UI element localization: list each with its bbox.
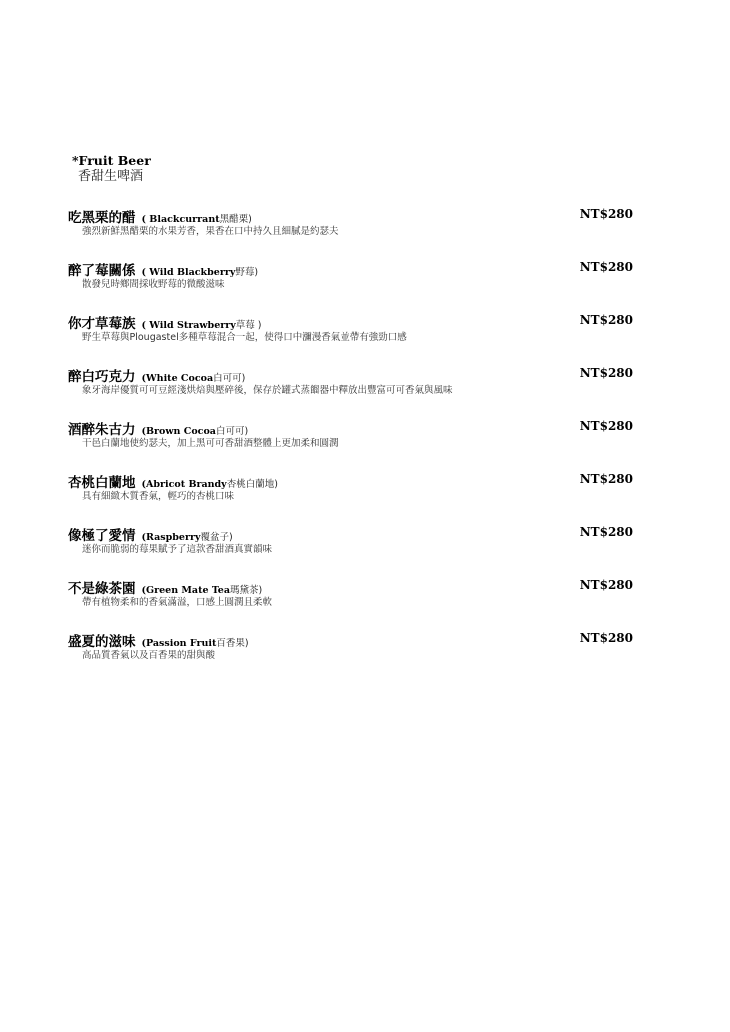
item-price: NT$280 — [580, 418, 633, 435]
menu-item: 酒醉朱古力(Brown Cocoa白可可) NT$280 干邑白蘭地使約瑟夫，加… — [68, 418, 633, 471]
item-name-en-zh: 瑪黛茶) — [230, 582, 262, 596]
item-description: 散發兒時鄉間採收野莓的微酸滋味 — [82, 278, 633, 291]
item-name-en: ( Blackcurrant — [142, 214, 220, 225]
item-name-en: (Abricot Brandy — [142, 479, 227, 490]
item-name-en-zh: 黑醋栗) — [220, 211, 252, 225]
item-name-en: (Green Mate Tea — [142, 585, 231, 596]
item-description: 象牙海岸優質可可豆經淺烘焙與壓碎後，保存於罐式蒸餾器中釋放出豐富可可香氣與風味 — [82, 384, 633, 397]
item-description: 野生草莓與Plougastel多種草莓混合一起，使得口中瀰漫香氣並帶有強勁口感 — [82, 331, 633, 344]
item-name-en-zh: 白可可) — [213, 370, 245, 384]
item-name-en-zh: 杏桃白蘭地) — [227, 476, 278, 490]
item-name-zh: 你才草莓族 — [68, 312, 136, 332]
item-name-zh: 醉白巧克力 — [68, 365, 136, 385]
item-description: 帶有植物柔和的香氣滿溢，口感上圓潤且柔軟 — [82, 596, 633, 609]
item-price: NT$280 — [580, 577, 633, 594]
item-name-zh: 盛夏的滋味 — [68, 630, 136, 650]
item-name-en: (Raspberry — [142, 532, 201, 543]
item-price: NT$280 — [580, 312, 633, 329]
item-name-zh: 杏桃白蘭地 — [68, 471, 136, 491]
item-name-en-zh: 草莓 ) — [236, 317, 262, 331]
menu-item: 杏桃白蘭地(Abricot Brandy杏桃白蘭地) NT$280 具有細緻木質… — [68, 471, 633, 524]
item-name-en: (Passion Fruit — [142, 638, 217, 649]
menu-item: 盛夏的滋味(Passion Fruit 百香果) NT$280 高品質香氣以及百… — [68, 630, 633, 683]
item-name-en: (White Cocoa — [142, 373, 214, 384]
item-price: NT$280 — [580, 206, 633, 223]
menu-item: 不是綠茶園(Green Mate Tea瑪黛茶) NT$280 帶有植物柔和的香… — [68, 577, 633, 630]
menu-section-header: *Fruit Beer 香甜生啤酒 — [72, 153, 151, 185]
item-price: NT$280 — [580, 524, 633, 541]
item-description: 強烈新鮮黑醋栗的水果芳香，果香在口中持久且細膩是約瑟夫 — [82, 225, 633, 238]
menu-item: 醉白巧克力(White Cocoa白可可) NT$280 象牙海岸優質可可豆經淺… — [68, 365, 633, 418]
item-price: NT$280 — [580, 365, 633, 382]
section-subtitle: 香甜生啤酒 — [78, 169, 151, 185]
item-price: NT$280 — [580, 630, 633, 647]
menu-item: 你才草莓族( Wild Strawberry草莓 ) NT$280 野生草莓與P… — [68, 312, 633, 365]
menu-item: 吃黑栗的醋( Blackcurrant黑醋栗) NT$280 強烈新鮮黑醋栗的水… — [68, 206, 633, 259]
item-name-zh: 不是綠茶園 — [68, 577, 136, 597]
item-description: 高品質香氣以及百香果的甜與酸 — [82, 649, 633, 662]
section-title: *Fruit Beer — [72, 153, 151, 169]
item-price: NT$280 — [580, 471, 633, 488]
item-name-en-zh: 百香果) — [216, 635, 248, 649]
item-name-en-zh: 白可可) — [216, 423, 248, 437]
item-name-en-zh: 覆盆子) — [200, 529, 232, 543]
item-name-zh: 酒醉朱古力 — [68, 418, 136, 438]
item-name-en: (Brown Cocoa — [142, 426, 216, 437]
item-name-zh: 醉了莓關係 — [68, 259, 136, 279]
menu-item: 醉了莓關係( Wild Blackberry野莓) NT$280 散發兒時鄉間採… — [68, 259, 633, 312]
item-name-zh: 像極了愛情 — [68, 524, 136, 544]
item-name-en: ( Wild Strawberry — [142, 320, 236, 331]
item-name-zh: 吃黑栗的醋 — [68, 206, 136, 226]
item-price: NT$280 — [580, 259, 633, 276]
item-name-en: ( Wild Blackberry — [142, 267, 236, 278]
item-description: 迷你而脆弱的莓果賦予了這款香甜酒真實韻味 — [82, 543, 633, 556]
menu-item: 像極了愛情(Raspberry覆盆子) NT$280 迷你而脆弱的莓果賦予了這款… — [68, 524, 633, 577]
item-name-en-zh: 野莓) — [235, 264, 258, 278]
item-description: 具有細緻木質香氣，輕巧的杏桃口味 — [82, 490, 633, 503]
item-description: 干邑白蘭地使約瑟夫，加上黑可可香甜酒整體上更加柔和圓潤 — [82, 437, 633, 450]
menu-item-list: 吃黑栗的醋( Blackcurrant黑醋栗) NT$280 強烈新鮮黑醋栗的水… — [68, 206, 633, 683]
